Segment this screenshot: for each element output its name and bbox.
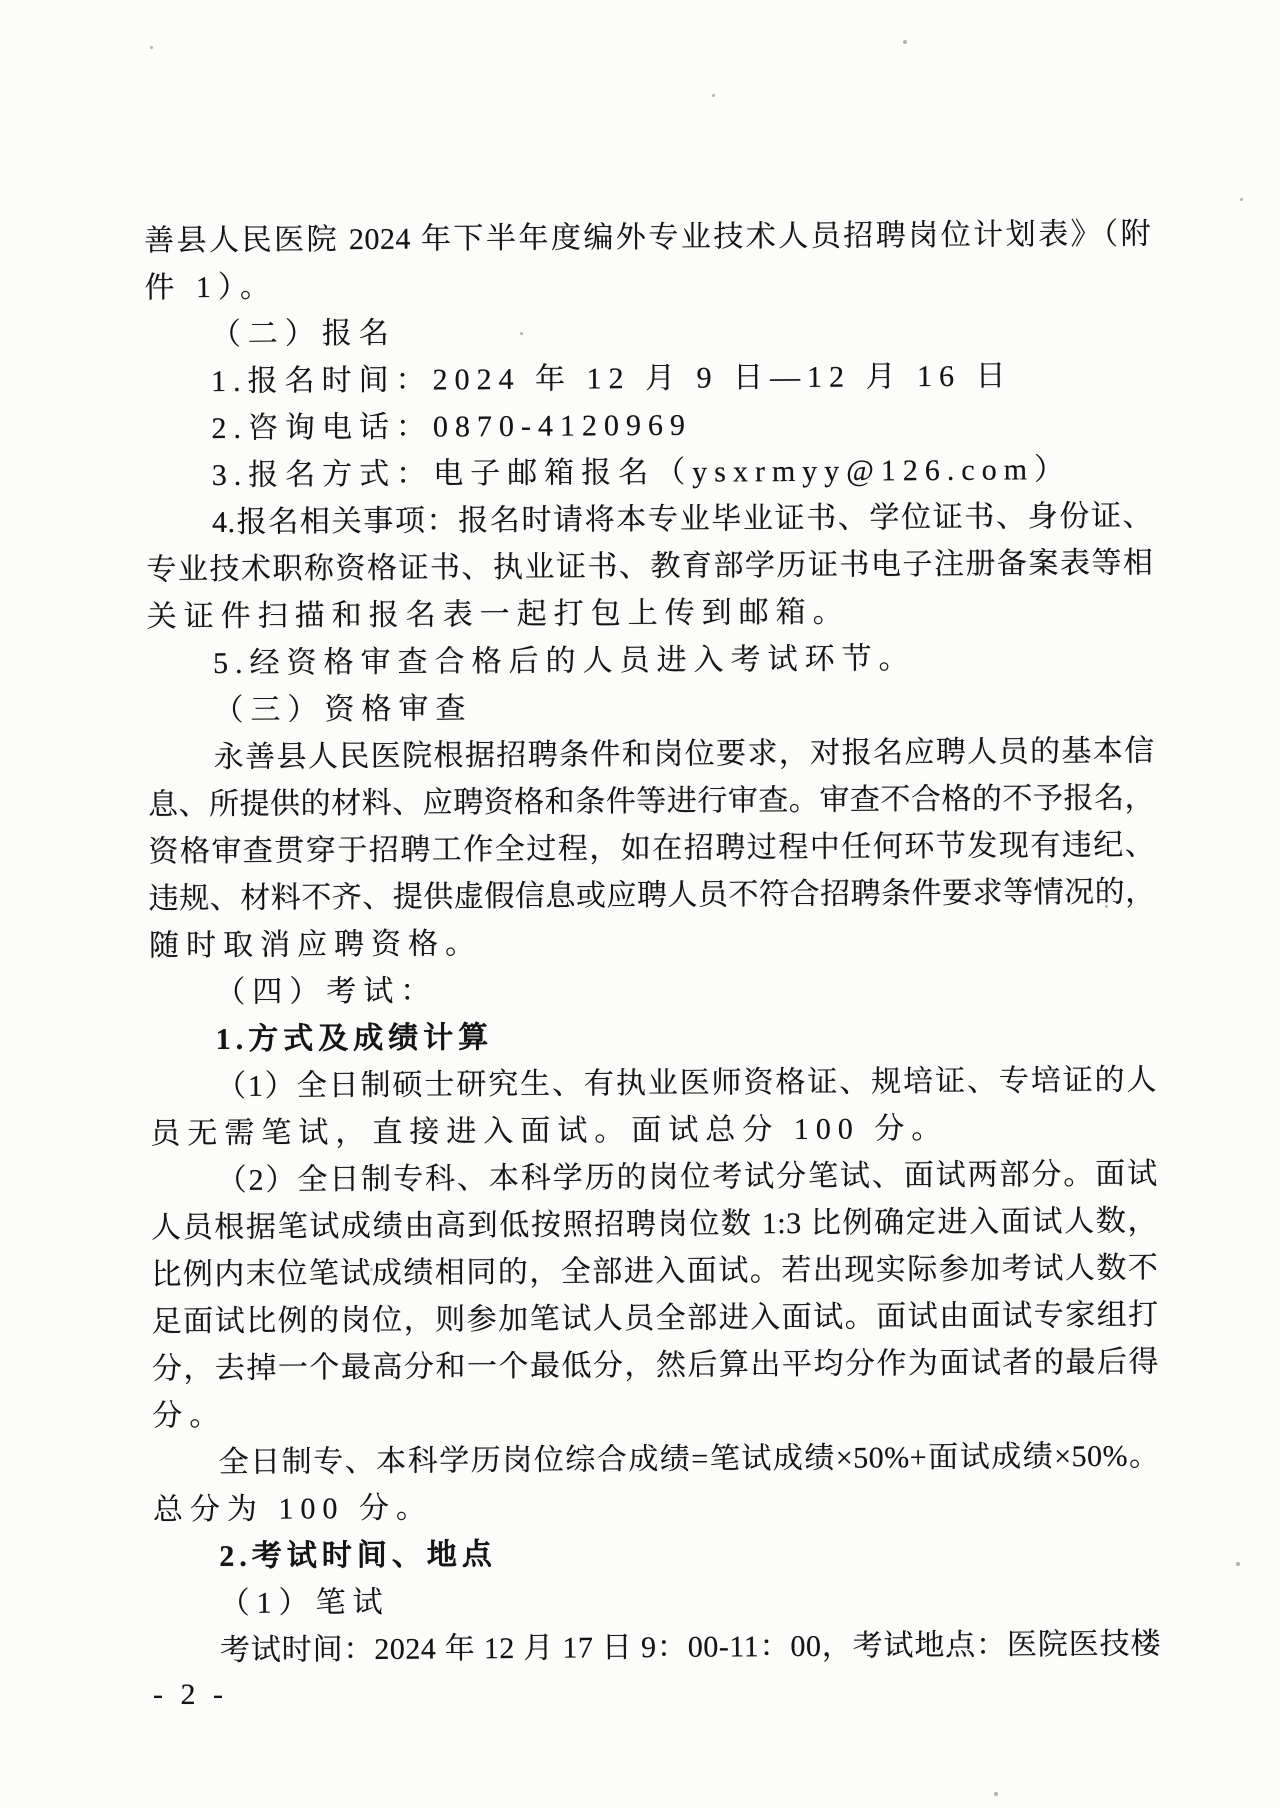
document-body: 善县人民医院 2024 年下半年度编外专业技术人员招聘岗位计划表》（附 件 1）… [144, 210, 1161, 1674]
body-line: （2）全日制专科、本科学历的岗位考试分笔试、面试两部分。面试 [151, 1150, 1158, 1204]
body-line: 随时取消应聘资格。 [149, 915, 1156, 969]
body-line: （1）全日制硕士研究生、有执业医师资格证、规培证、专培证的人 [150, 1056, 1157, 1110]
body-line: 永善县人民医院根据招聘条件和岗位要求，对报名应聘人员的基本信 [148, 727, 1155, 781]
list-item-review: 5.经资格审查合格后的人员进入考试环节。 [147, 633, 1154, 687]
list-item-time: 1.报名时间：2024 年 12 月 9 日—12 月 16 日 [145, 351, 1152, 405]
body-line: 足面试比例的岗位，则参加笔试人员全部进入面试。面试由面试专家组打 [151, 1291, 1158, 1345]
scan-speck [994, 1792, 998, 1796]
scan-speck [150, 46, 153, 49]
body-line: 全日制专、本科学历岗位综合成绩=笔试成绩×50%+面试成绩×50%。 [152, 1432, 1159, 1486]
list-item-phone: 2.咨询电话：0870-4120969 [145, 398, 1152, 452]
body-line: 人员根据笔试成绩由高到低按照招聘岗位数 1:3 比例确定进入面试人数， [151, 1197, 1158, 1251]
section-heading-registration: （二）报名 [145, 304, 1152, 358]
body-line: 专业技术职称资格证书、执业证书、教育部学历证书电子注册备案表等相 [146, 539, 1153, 593]
body-line: 资格审查贯穿于招聘工作全过程，如在招聘过程中任何环节发现有违纪、 [148, 821, 1155, 875]
scan-speck [370, 1268, 373, 1271]
body-line: 违规、材料不齐、提供虚假信息或应聘人员不符合招聘条件要求等情况的， [149, 868, 1156, 922]
subsection-heading-score-method: 1.方式及成绩计算 [150, 1009, 1157, 1063]
body-line: 分。 [152, 1385, 1159, 1439]
body-line: 息、所提供的材料、应聘资格和条件等进行审查。审查不合格的不予报名， [148, 774, 1155, 828]
body-line: 分，去掉一个最高分和一个最低分，然后算出平均分作为面试者的最后得 [152, 1338, 1159, 1392]
list-item-materials: 4.报名相关事项：报名时请将本专业毕业证书、学位证书、身份证、 [146, 492, 1153, 546]
body-line: 关证件扫描和报名表一起打包上传到邮箱。 [147, 586, 1154, 640]
section-heading-exam: （四）考试： [149, 962, 1156, 1016]
scan-speck [1240, 198, 1243, 201]
subsection-heading-exam-time-place: 2.考试时间、地点 [153, 1526, 1160, 1580]
body-line: 善县人民医院 2024 年下半年度编外专业技术人员招聘岗位计划表》（附 [144, 210, 1151, 264]
page-number: - 2 - [153, 1678, 228, 1712]
scan-speck [1236, 1562, 1240, 1566]
scan-speck [712, 94, 715, 97]
body-line: 件 1）。 [144, 257, 1151, 311]
scan-speck [903, 40, 907, 44]
body-line: 总分为 100 分。 [153, 1479, 1160, 1533]
scanned-document-page: 善县人民医院 2024 年下半年度编外专业技术人员招聘岗位计划表》（附 件 1）… [0, 0, 1280, 1808]
scan-speck [520, 332, 523, 335]
body-line: 比例内末位笔试成绩相同的，全部进入面试。若出现实际参加考试人数不 [151, 1244, 1158, 1298]
scan-speck [1105, 905, 1108, 908]
body-line: 员无需笔试，直接进入面试。面试总分 100 分。 [150, 1103, 1157, 1157]
list-item-email: 3.报名方式：电子邮箱报名（ysxrmyy@126.com） [146, 445, 1153, 499]
section-heading-qualification: （三）资格审查 [147, 680, 1154, 734]
subsection-heading-written-test: （1）笔试 [153, 1573, 1160, 1627]
body-line: 考试时间：2024 年 12 月 17 日 9：00-11：00，考试地点：医院… [154, 1620, 1161, 1674]
